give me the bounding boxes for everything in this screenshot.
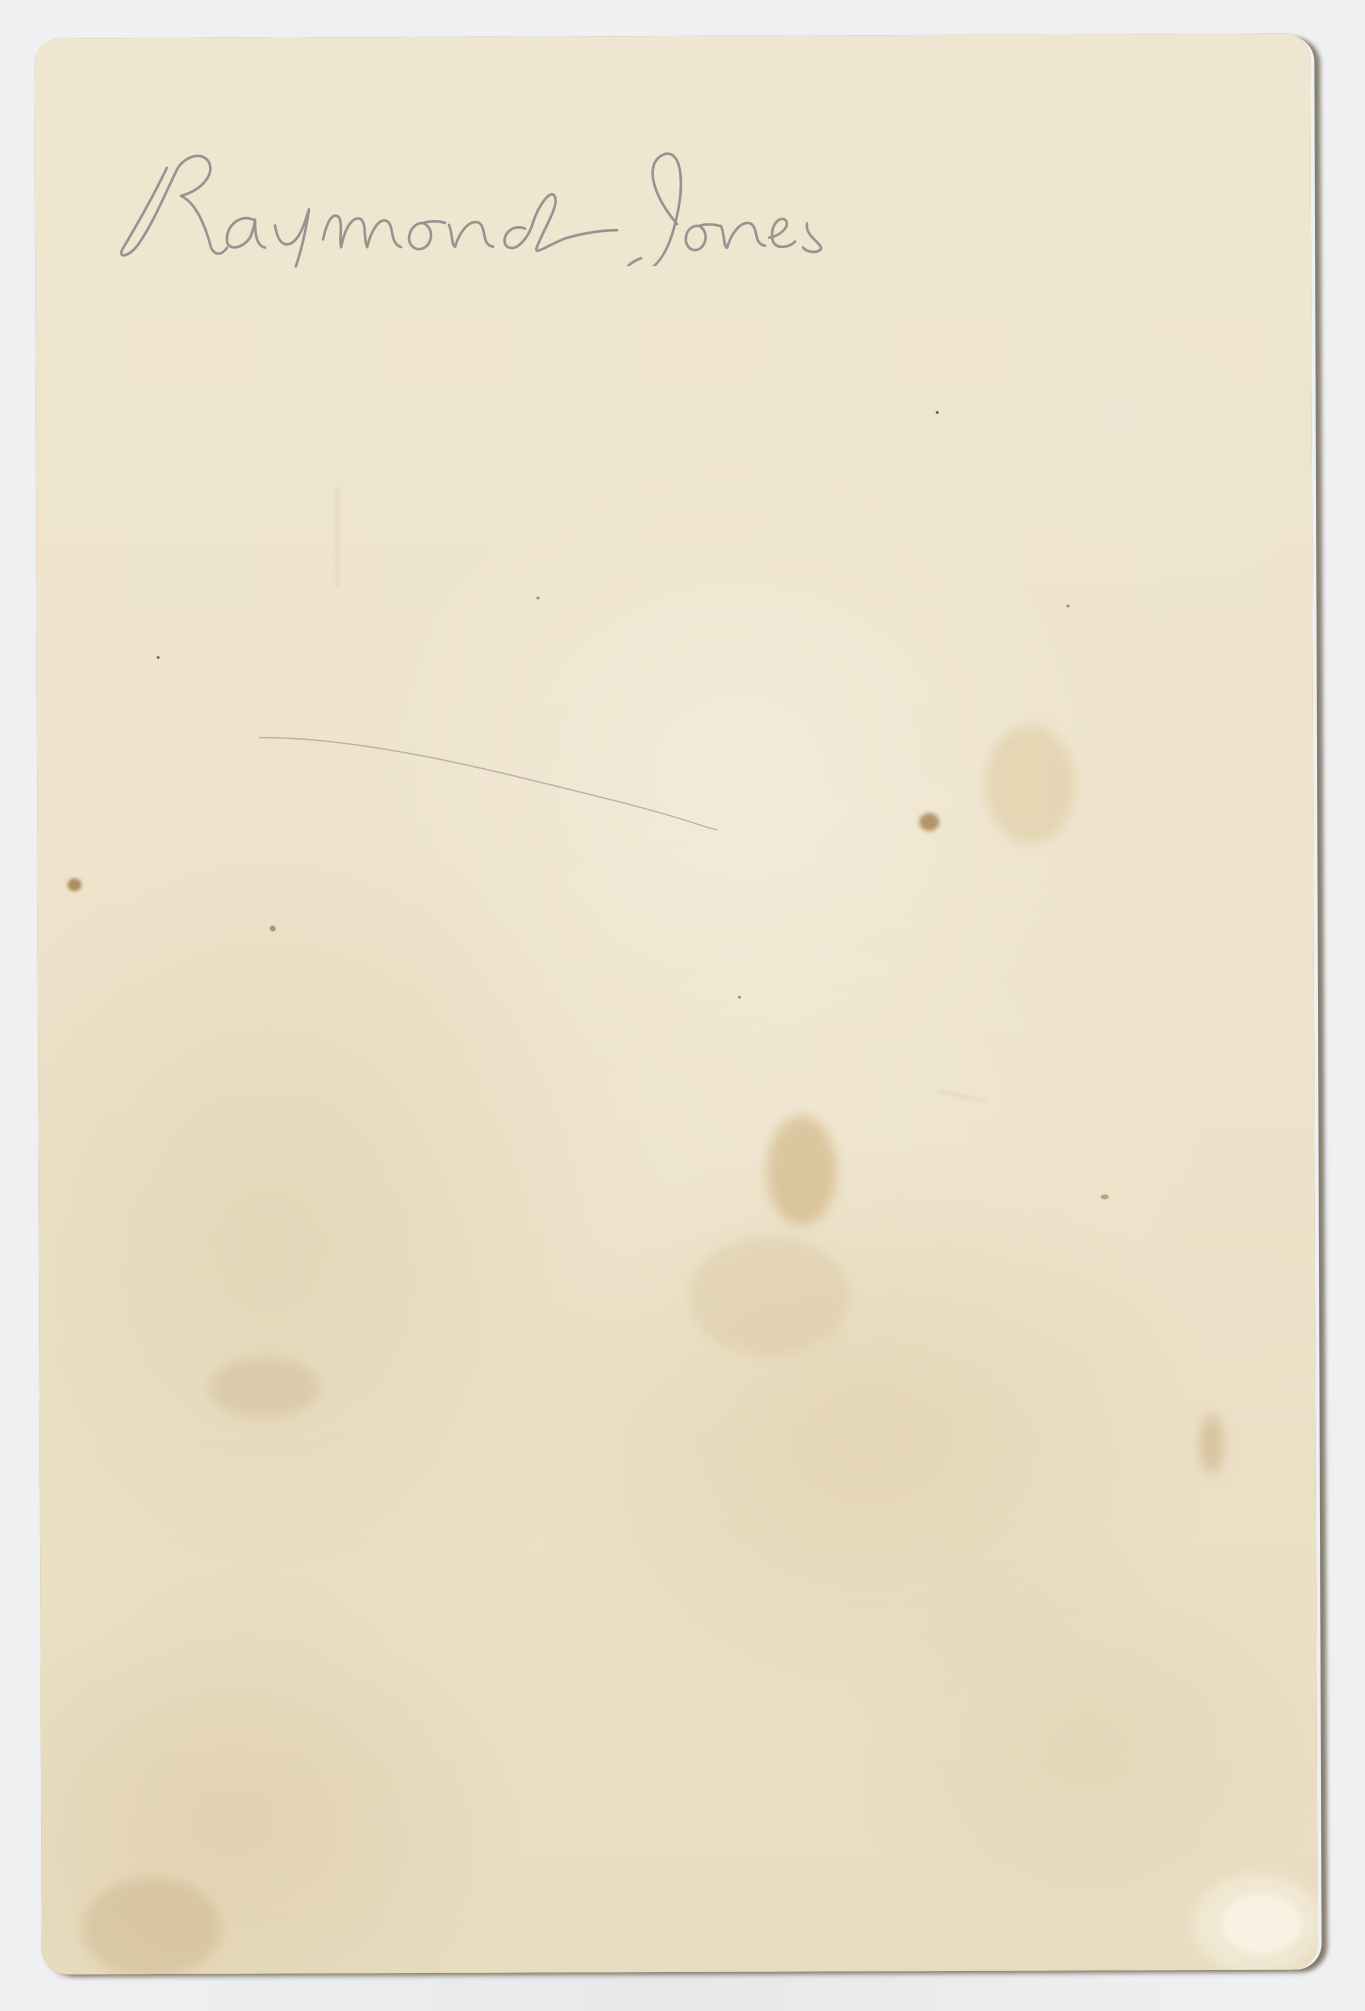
pencil-scratch-line: [34, 34, 1317, 1975]
corner-crease: [1221, 1894, 1301, 1954]
inscription-strokes: [105, 95, 866, 268]
handwritten-inscription: Raymond Jones: [105, 95, 866, 268]
cabinet-card-back: Raymond Jones: [34, 34, 1317, 1975]
